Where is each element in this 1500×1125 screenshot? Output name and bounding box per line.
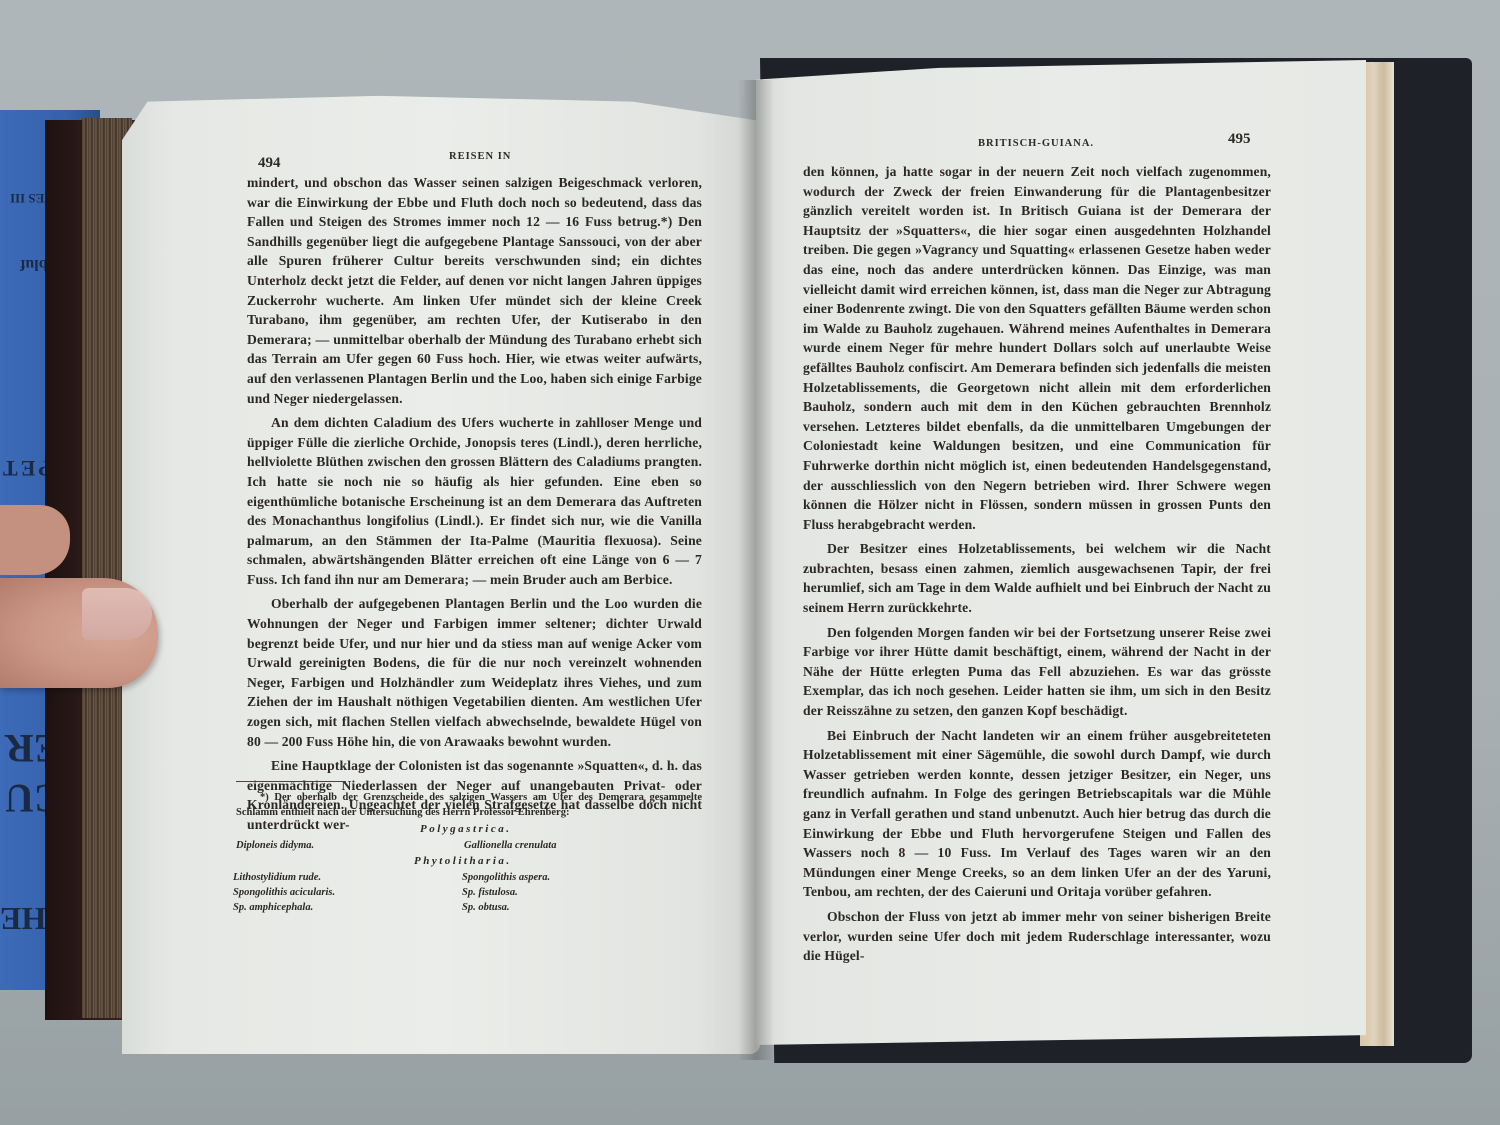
paragraph: Der Besitzer eines Holzetablissements, b… <box>803 539 1271 617</box>
thumbnail <box>82 588 152 640</box>
paragraph: Den folgenden Morgen fanden wir bei der … <box>803 623 1271 721</box>
species-name: Spongolithis aspera. <box>462 870 550 886</box>
species-name: Sp. obtusa. <box>462 900 510 916</box>
paragraph: mindert, und obschon das Wasser seinen s… <box>247 173 702 408</box>
left-page-number: 494 <box>258 155 281 172</box>
paragraph: Obschon der Fluss von jetzt ab immer meh… <box>803 907 1271 966</box>
left-page-body: mindert, und obschon das Wasser seinen s… <box>247 173 702 840</box>
paragraph: An dem dichten Caladium des Ufers wucher… <box>247 413 702 589</box>
species-name: Spongolithis acicularis. <box>233 885 335 901</box>
hand <box>0 505 70 575</box>
footnote: *) Der oberhalb der Grenzscheide des sal… <box>236 790 702 820</box>
footnote-group-title: Phytolitharia. <box>414 855 512 867</box>
blue-book-text: HE <box>0 900 46 937</box>
footnote-rule <box>236 781 346 782</box>
paragraph: Oberhalb der aufgegebenen Plantagen Berl… <box>247 594 702 751</box>
species-name: Gallionella crenulata <box>464 838 556 854</box>
left-running-head: REISEN IN <box>449 151 511 162</box>
gutter <box>738 80 774 1060</box>
right-page-number: 495 <box>1228 131 1251 148</box>
paragraph: den können, ja hatte sogar in der neuern… <box>803 162 1271 534</box>
paragraph: Bei Einbruch der Nacht landeten wir an e… <box>803 726 1271 902</box>
species-name: Sp. fistulosa. <box>462 885 518 901</box>
species-name: Lithostylidium rude. <box>233 870 321 886</box>
species-name: Diploneis didyma. <box>236 838 314 854</box>
species-name: Sp. amphicephala. <box>233 900 313 916</box>
thumb <box>0 578 158 688</box>
footnote-group-title: Polygastrica. <box>420 823 511 835</box>
right-running-head: BRITISCH-GUIANA. <box>978 138 1094 149</box>
right-page-body: den können, ja hatte sogar in der neuern… <box>803 162 1271 971</box>
